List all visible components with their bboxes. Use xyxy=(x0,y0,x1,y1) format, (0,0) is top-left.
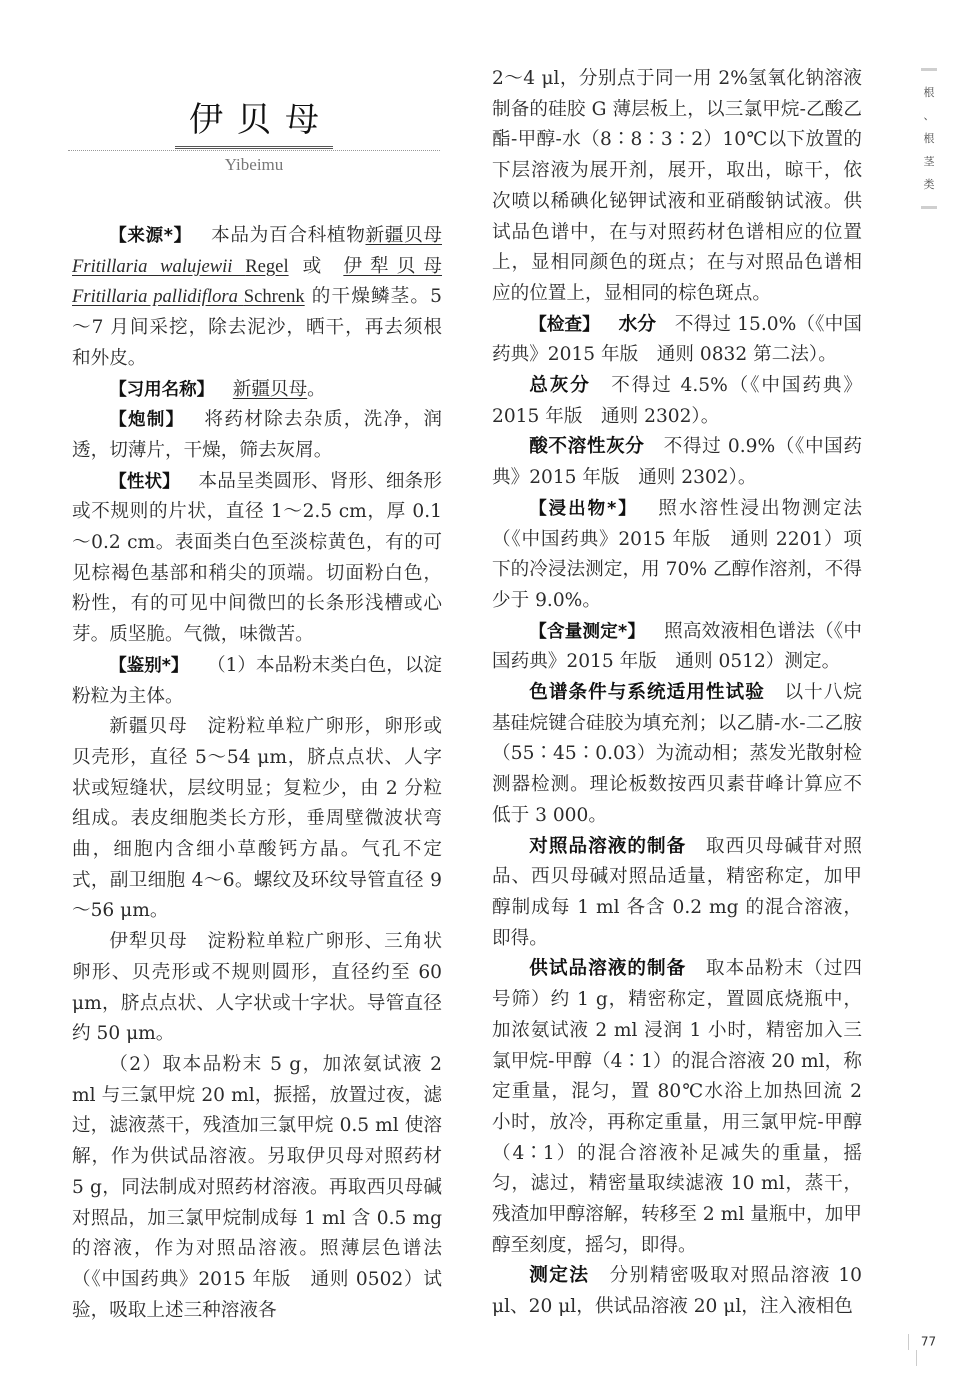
species-name-1: 新疆贝母 xyxy=(366,225,442,246)
assay-method: 测定法分别精密吸取对照品溶液 10 μl、20 μl，供试品溶液 20 μl，注… xyxy=(492,1261,862,1322)
inspection-acid-ash: 酸不溶性灰分不得过 0.9%（《中国药典》2015 年版 通则 2302）。 xyxy=(492,432,862,493)
section-identification: 【鉴别*】（1）本品粉末类白色，以淀粉粒为主体。 xyxy=(72,651,442,712)
section-common-name: 【习用名称】新疆贝母。 xyxy=(72,375,442,406)
section-assay: 【含量测定*】照高效液相色谱法（《中国药典》2015 年版 通则 0512）测定… xyxy=(492,617,862,678)
assay-reference-solution: 对照品溶液的制备取西贝母碱苷对照品、西贝母碱对照品适量，精密称定，加甲醇制成每 … xyxy=(492,832,862,955)
inspection-total-ash: 总灰分不得过 4.5%（《中国药典》2015 年版 通则 2302）。 xyxy=(492,371,862,432)
latin-name-2: Fritillaria pallidiflora xyxy=(72,286,238,307)
side-tab-bar-bottom xyxy=(921,206,937,209)
section-source: 【来源*】本品为百合科植物新疆贝母 Fritillaria walujewii … xyxy=(72,221,442,375)
identification-tlc-continued: 2～4 μl，分别点于同一用 2%氢氧化钠溶液制备的硅胶 G 薄层板上，以三氯甲… xyxy=(492,64,862,310)
section-extract: 【浸出物*】照水溶性浸出物测定法（《中国药典》2015 年版 通则 2201）项… xyxy=(492,494,862,617)
page-number-divider-left xyxy=(908,1334,909,1350)
species-name-2: 伊犁贝母 xyxy=(343,256,442,277)
section-inspection: 【检查】水分不得过 15.0%（《中国药典》2015 年版 通则 0832 第二… xyxy=(492,310,862,371)
identification-xinjiang: 新疆贝母淀粉粒单粒广卵形，卵形或贝壳形，直径 5～54 μm，脐点点状、人字状或… xyxy=(72,712,442,927)
left-column: 【来源*】本品为百合科植物新疆贝母 Fritillaria walujewii … xyxy=(72,221,442,1326)
right-column: 2～4 μl，分别点于同一用 2%氢氧化钠溶液制备的硅胶 G 薄层板上，以三氯甲… xyxy=(492,64,862,1323)
section-label-inspection: 【检查】 xyxy=(529,315,600,335)
common-name-value: 新疆贝母 xyxy=(233,379,307,400)
section-label-source: 【来源*】 xyxy=(109,226,192,246)
page-title: 伊贝母 xyxy=(175,96,333,149)
latin-name-1: Fritillaria walujewii xyxy=(72,256,232,277)
page-number: 77 xyxy=(892,1334,940,1366)
section-processing: 【炮制】将药材除去杂质，洗净，润透，切薄片，干燥，筛去灰屑。 xyxy=(72,405,442,466)
section-label-extract: 【浸出物*】 xyxy=(529,499,638,519)
section-label-processing: 【炮制】 xyxy=(109,410,184,430)
chapter-side-tab: 根、根茎类 xyxy=(918,68,940,209)
section-label-common-name: 【习用名称】 xyxy=(109,380,214,400)
assay-chromatography: 色谱条件与系统适用性试验以十八烷基硅烷键合硅胶为填充剂；以乙腈-水-二乙胺（55… xyxy=(492,678,862,832)
title-divider xyxy=(68,150,440,151)
pinyin-subtitle: Yibeimu xyxy=(68,155,440,175)
section-label-identification: 【鉴别*】 xyxy=(109,656,188,676)
assay-test-solution: 供试品溶液的制备取本品粉末（过四号筛）约 1 g，精密称定，置圆底烧瓶中，加浓氨… xyxy=(492,954,862,1261)
section-label-description: 【性状】 xyxy=(109,472,180,492)
side-tab-label: 根、根茎类 xyxy=(918,71,940,206)
identification-tlc: （2）取本品粉末 5 g，加浓氨试液 2 ml 与三氯甲烷 20 ml，振摇，放… xyxy=(72,1050,442,1326)
identification-yili: 伊犁贝母淀粉粒单粒广卵形、三角状卵形、贝壳形或不规则圆形，直径约至 60 μm，… xyxy=(72,927,442,1050)
section-description: 【性状】本品呈类圆形、肾形、细条形或不规则的片状，直径 1～2.5 cm，厚 0… xyxy=(72,467,442,651)
title-block: 伊贝母 Yibeimu xyxy=(68,96,440,175)
page-number-divider-right xyxy=(916,1350,917,1366)
section-label-assay: 【含量测定*】 xyxy=(529,622,645,642)
